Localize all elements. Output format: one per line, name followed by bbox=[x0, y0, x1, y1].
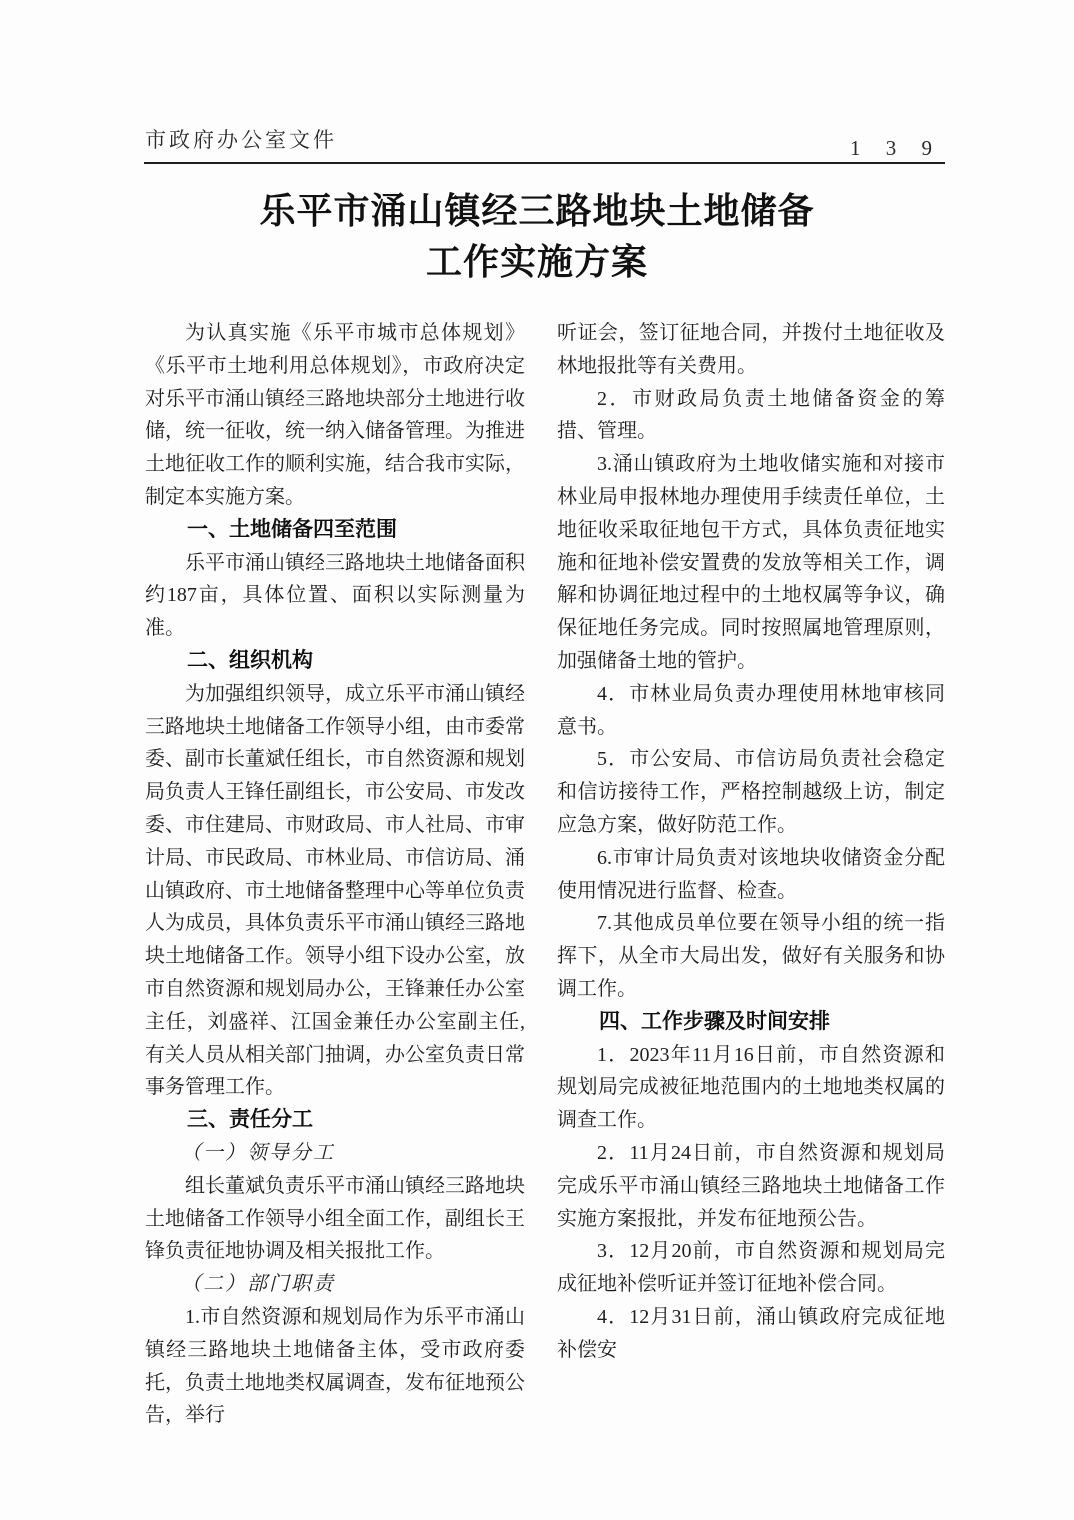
section-heading: 四、工作步骤及时间安排 bbox=[557, 1006, 945, 1039]
document-title: 乐平市涌山镇经三路地块土地储备 工作实施方案 bbox=[0, 185, 1074, 287]
paragraph: 乐平市涌山镇经三路地块土地储备面积约187亩，具体位置、面积以实际测量为准。 bbox=[145, 547, 525, 645]
paragraph: 6.市审计局负责对该地块收储资金分配使用情况进行监督、检查。 bbox=[557, 842, 945, 908]
paragraph: 为加强组织领导，成立乐平市涌山镇经三路地块土地储备工作领导小组，由市委常委、副市… bbox=[145, 678, 525, 1104]
paragraph: 5．市公安局、市信访局负责社会稳定和信访接待工作，严格控制越级上访，制定应急方案… bbox=[557, 743, 945, 841]
document-header-label: 市政府办公室文件 bbox=[145, 124, 337, 154]
section-heading: 三、责任分工 bbox=[145, 1104, 525, 1137]
page-number: 1 3 9 bbox=[850, 136, 942, 161]
body-columns: 为认真实施《乐平市城市总体规划》《乐平市土地利用总体规划》，市政府决定对乐平市涌… bbox=[145, 317, 945, 1432]
header-rule bbox=[144, 162, 945, 164]
document-title-line1: 乐平市涌山镇经三路地块土地储备 bbox=[0, 185, 1074, 236]
paragraph: 3．12月20前，市自然资源和规划局完成征地补偿听证并签订征地补偿合同。 bbox=[557, 1235, 945, 1301]
paragraph: 为认真实施《乐平市城市总体规划》《乐平市土地利用总体规划》，市政府决定对乐平市涌… bbox=[145, 317, 525, 514]
paragraph: 1.市自然资源和规划局作为乐平市涌山镇经三路地块土地储备主体，受市政府委托，负责… bbox=[145, 1301, 525, 1432]
sub-heading: （二）部门职责 bbox=[145, 1268, 525, 1301]
paragraph: 听证会，签订征地合同，并拨付土地征收及林地报批等有关费用。 bbox=[557, 317, 945, 383]
document-title-line2: 工作实施方案 bbox=[0, 236, 1074, 287]
paragraph: 2．11月24日前，市自然资源和规划局完成乐平市涌山镇经三路地块土地储备工作实施… bbox=[557, 1137, 945, 1235]
paragraph: 2．市财政局负责土地储备资金的筹措、管理。 bbox=[557, 383, 945, 449]
document-page: 市政府办公室文件 1 3 9 乐平市涌山镇经三路地块土地储备 工作实施方案 为认… bbox=[0, 0, 1074, 1520]
section-heading: 一、土地储备四至范围 bbox=[145, 514, 525, 547]
paragraph: 4．12月31日前，涌山镇政府完成征地补偿安 bbox=[557, 1301, 945, 1367]
left-column: 为认真实施《乐平市城市总体规划》《乐平市土地利用总体规划》，市政府决定对乐平市涌… bbox=[145, 317, 525, 1432]
paragraph: 3.涌山镇政府为土地收储实施和对接市林业局申报林地办理使用手续责任单位，土地征收… bbox=[557, 448, 945, 678]
paragraph: 7.其他成员单位要在领导小组的统一指挥下，从全市大局出发，做好有关服务和协调工作… bbox=[557, 907, 945, 1005]
paragraph: 组长董斌负责乐平市涌山镇经三路地块土地储备工作领导小组全面工作，副组长王锋负责征… bbox=[145, 1170, 525, 1268]
paragraph: 1．2023年11月16日前，市自然资源和规划局完成被征地范围内的土地地类权属的… bbox=[557, 1039, 945, 1137]
right-column: 听证会，签订征地合同，并拨付土地征收及林地报批等有关费用。2．市财政局负责土地储… bbox=[557, 317, 945, 1432]
sub-heading: （一）领导分工 bbox=[145, 1137, 525, 1170]
paragraph: 4．市林业局负责办理使用林地审核同意书。 bbox=[557, 678, 945, 744]
section-heading: 二、组织机构 bbox=[145, 645, 525, 678]
